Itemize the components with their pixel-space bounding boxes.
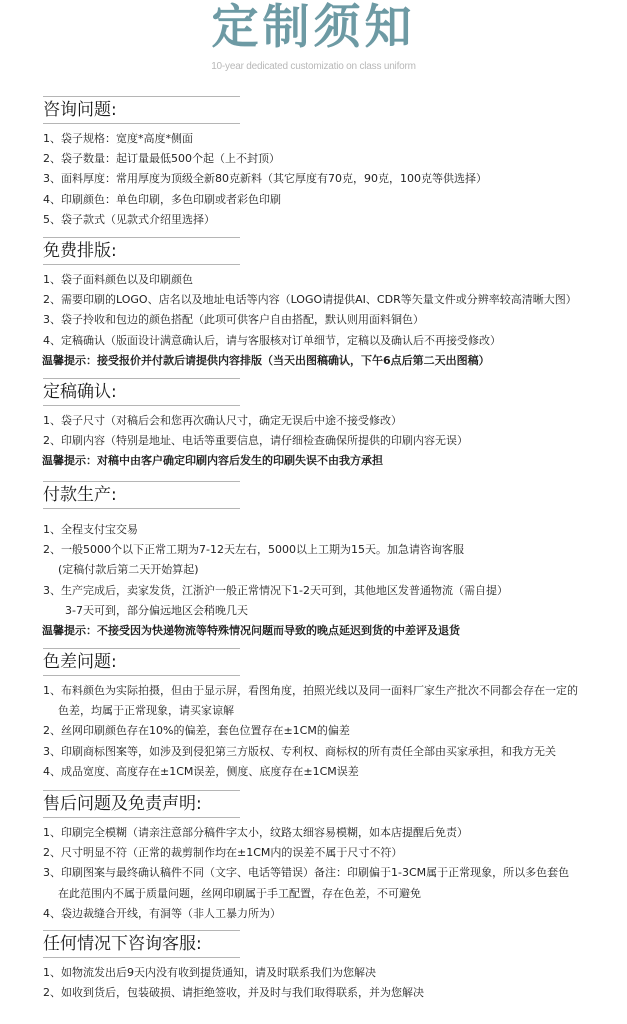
section-heading: 付款生产: [43,481,240,509]
list-item: 3-7天可到，部分偏远地区会稍晚几天 [43,601,623,621]
list-item: 2、如收到货后，包装破损、请拒绝签收，并及时与我们取得联系，并为您解决 [43,983,623,1003]
list-item: 1、袋子尺寸（对稿后会和您再次确认尺寸，确定无误后中途不接受修改） [43,411,623,431]
section-heading: 任何情况下咨询客服: [43,930,240,958]
list-item: 2、一般5000个以下正常工期为7-12天左右，5000以上工期为15天。加急请… [43,540,623,560]
list-item: 1、如物流发出后9天内没有收到提货通知，请及时联系我们为您解决 [43,963,623,983]
list-item: 2、丝网印刷颜色存在10%的偏差，套色位置存在±1CM的偏差 [43,721,623,741]
list-item: 4、定稿确认（版面设计满意确认后，请与客服核对订单细节，定稿以及确认后不再接受修… [43,331,623,351]
list-item: (定稿付款后第二天开始算起) [43,560,623,580]
list-item: 3、袋子拎收和包边的颜色搭配（此项可供客户自由搭配，默认则用面料铜色） [43,310,623,330]
section-heading: 售后问题及免责声明: [43,790,240,818]
list-item: 3、生产完成后，卖家发货，江浙沪一般正常情况下1-2天可到，其他地区发普通物流（… [43,581,623,601]
list-item: 1、全程支付宝交易 [43,520,623,540]
section-free-layout: 免费排版: 1、袋子面料颜色以及印刷颜色 2、需要印刷的LOGO、店名以及地址电… [43,237,623,371]
section-draft-confirmation: 定稿确认: 1、袋子尺寸（对稿后会和您再次确认尺寸，确定无误后中途不接受修改） … [43,378,623,472]
list-item: 4、成品宽度、高度存在±1CM误差，侧度、底度存在±1CM误差 [43,762,623,782]
list-item: 2、印刷内容（特别是地址、电话等重要信息，请仔细检查确保所提供的印刷内容无误） [43,431,623,451]
list-item: 色差，均属于正常现象，请买家谅解 [43,701,623,721]
list-item: 3、印刷图案与最终确认稿件不同（文字、电话等错误）备注：印刷偏于1-3CM属于正… [43,863,623,883]
section-heading: 定稿确认: [43,378,240,406]
list-item: 1、布料颜色为实际拍摄，但由于显示屏，看图角度，拍照光线以及同一面料厂家生产批次… [43,681,623,701]
warm-tip: 温馨提示：对稿中由客户确定印刷内容后发生的印刷失误不由我方承担 [42,451,623,471]
section-heading: 免费排版: [43,237,240,265]
list-item: 4、袋边裁缝合开线，有洞等（非人工暴力所为） [43,904,623,924]
section-color-difference: 色差问题: 1、布料颜色为实际拍摄，但由于显示屏，看图角度，拍照光线以及同一面料… [43,648,623,782]
section-heading: 咨询问题: [43,96,240,124]
list-item: 1、袋子面料颜色以及印刷颜色 [43,270,623,290]
list-item: 在此范围内不属于质量问题，丝网印刷属于手工配置，存在色差，不可避免 [43,884,623,904]
list-item: 3、印刷商标图案等，如涉及到侵犯第三方版权、专利权、商标权的所有责任全部由买家承… [43,742,623,762]
list-item: 5、袋子款式（见款式介绍里选择） [43,210,623,230]
list-item: 3、面料厚度：常用厚度为顶级全新80克新料（其它厚度有70克，90克，100克等… [43,169,623,189]
page-title: 定制须知 [0,0,627,56]
warm-tip: 温馨提示：不接受因为快递物流等特殊情况问题而导致的晚点延迟到货的中差评及退货 [42,621,623,641]
page-subtitle: 10-year dedicated customizatio on class … [0,61,627,72]
list-item: 1、袋子规格：宽度*高度*侧面 [43,129,623,149]
list-item: 2、需要印刷的LOGO、店名以及地址电话等内容（LOGO请提供AI、CDR等矢量… [43,290,623,310]
section-payment-production: 付款生产: 1、全程支付宝交易 2、一般5000个以下正常工期为7-12天左右，… [43,481,623,641]
list-item: 2、袋子数量：起订量最低500个起（上不封顶） [43,149,623,169]
list-item: 4、印刷颜色：单色印刷，多色印刷或者彩色印刷 [43,190,623,210]
section-heading: 色差问题: [43,648,240,676]
list-item: 2、尺寸明显不符（正常的裁剪制作均在±1CM内的误差不属于尺寸不符） [43,843,623,863]
section-consultation: 咨询问题: 1、袋子规格：宽度*高度*侧面 2、袋子数量：起订量最低500个起（… [43,96,623,230]
section-after-sales-disclaimer: 售后问题及免责声明: 1、印刷完全模糊（请亲注意部分稿件字太小，纹路太细容易模糊… [43,790,623,924]
warm-tip: 温馨提示：接受报价并付款后请提供内容排版（当天出图稿确认，下午6点后第二天出图稿… [42,351,623,371]
section-contact-service: 任何情况下咨询客服: 1、如物流发出后9天内没有收到提货通知，请及时联系我们为您… [43,930,623,1003]
list-item: 1、印刷完全模糊（请亲注意部分稿件字太小，纹路太细容易模糊，如本店提醒后免责） [43,823,623,843]
